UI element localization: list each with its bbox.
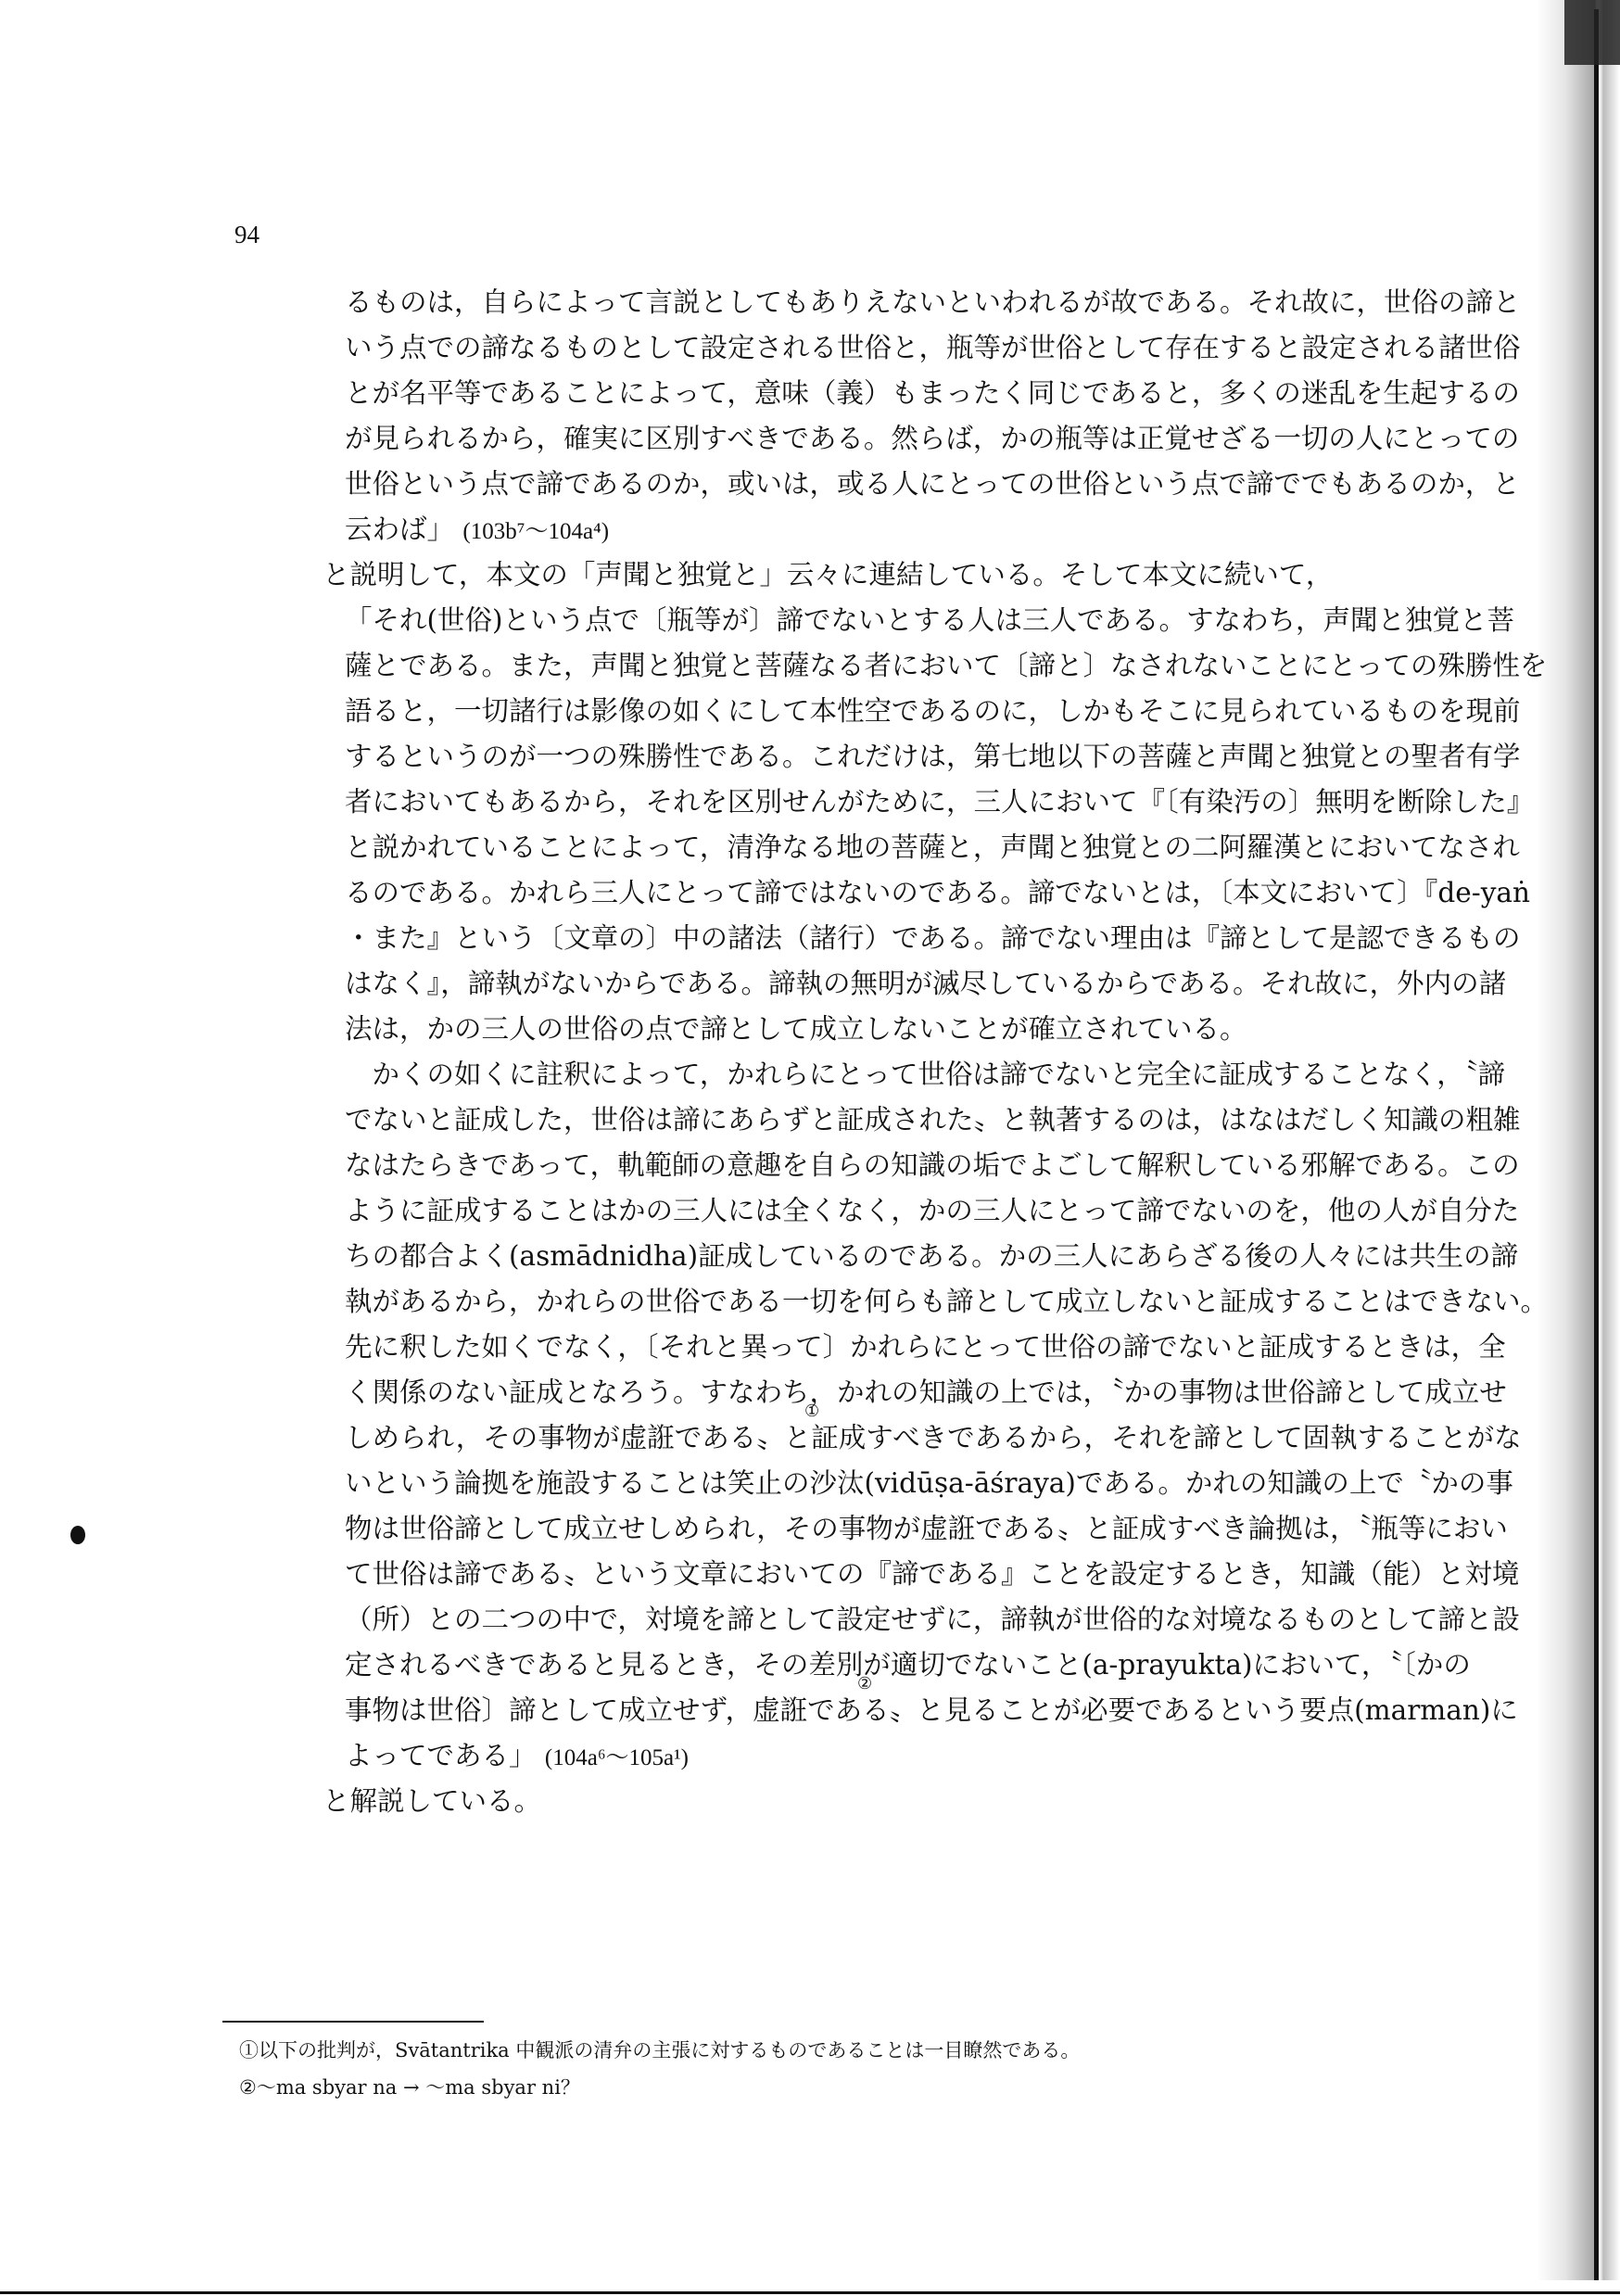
text-line: なはたらきであって，軌範師の意趣を自らの知識の垢でよごして解釈している邪解である… xyxy=(345,1147,1444,1192)
text-line: 定されるべきであると見るとき，その差別が適切でないこと(a-prayukta)に… xyxy=(345,1646,1444,1692)
quote-end: 云わば」 xyxy=(345,514,454,545)
text-line: いという論拠を施設することは笑止の沙汰(vidūṣa-āśraya)である。かれ… xyxy=(345,1465,1444,1510)
text-line: ちの都合よく(asmādnidha)証成しているのである。かの三人にあらざる後の… xyxy=(345,1237,1444,1283)
citation: (103b⁷～104a⁴) xyxy=(462,519,609,544)
text-line: るものは，自らによって言説としてもありえないといわれるが故である。それ故に，世俗… xyxy=(345,284,1444,329)
text-line: しめられ，その事物が虚誑である〟と証成すべきであるから，それを諦として固執するこ… xyxy=(345,1419,1444,1465)
text-line: かくの如くに註釈によって，かれらにとって世俗は諦でないと完全に証成することなく，… xyxy=(345,1056,1444,1101)
text-line: するというのが一つの殊勝性である。これだけは，第七地以下の菩薩と声聞と独覚との聖… xyxy=(345,738,1444,783)
text-line: 先に釈した如くでなく，〔それと異って〕かれらにとって世俗の諦でないと証成するとき… xyxy=(345,1328,1444,1374)
text-line: 者においてもあるから，それを区別せんがために，三人において『〔有染汚の〕無明を断… xyxy=(345,783,1444,829)
note-mark-1: ① xyxy=(804,1402,819,1421)
text-line: 薩とである。また，声聞と独覚と菩薩なる者において〔諦と〕なされないことにとっての… xyxy=(345,647,1444,692)
text-line: く関係のない証成となろう。すなわち，かれの知識の上では，〝かの事物は世俗諦として… xyxy=(345,1374,1444,1419)
citation: (104a⁶～105a¹) xyxy=(545,1745,689,1770)
text-line: 執があるから，かれらの世俗である一切を何らも諦として成立しないと証成することはで… xyxy=(345,1283,1444,1328)
text-line: 事物は世俗〕諦として成立せず，虚誑である〟と見ることが必要であるという要点(ma… xyxy=(345,1692,1444,1737)
footnote-2: ②～ma sbyar na → ～ma sbyar ni？ xyxy=(239,2073,580,2100)
text-line: よってである」 (104a⁶～105a¹) xyxy=(345,1737,1444,1782)
text-line: が見られるから，確実に区別すべきである。然らば，かの瓶等は正覚せざる一切の人にと… xyxy=(345,420,1444,465)
text-line: て世俗は諦である〟という文章においての『諦である』ことを設定するとき，知識（能）… xyxy=(345,1555,1444,1601)
text-line: いう点での諦なるものとして設定される世俗と，瓶等が世俗として存在すると設定される… xyxy=(345,329,1444,374)
text-line: 語ると，一切諸行は影像の如くにして本性空であるのに，しかもそこに見られているもの… xyxy=(345,692,1444,738)
footnote-divider xyxy=(222,2021,484,2023)
text-line: とが名平等であることによって，意味（義）もまったく同じであると，多くの迷乱を生起… xyxy=(345,374,1444,420)
text-line: でないと証成した，世俗は諦にあらずと証成された〟と執著するのは，はなはだしく知識… xyxy=(345,1101,1444,1147)
text-line: 世俗という点で諦であるのか，或いは，或る人にとっての世俗という点で諦ででもあるの… xyxy=(345,465,1444,511)
text-line: と説明して，本文の「声聞と独覚と」云々に連結している。そして本文に続いて， xyxy=(323,556,1444,602)
page-number: 94 xyxy=(234,221,259,249)
text-line: るのである。かれら三人にとって諦ではないのである。諦でないとは，〔本文において〕… xyxy=(345,874,1444,920)
quote-end: よってである」 xyxy=(345,1740,537,1771)
text-line: と説かれていることによって，清浄なる地の菩薩と，声聞と独覚との二阿羅漢とにおいて… xyxy=(345,829,1444,874)
note-mark-2: ② xyxy=(857,1674,872,1693)
text-line: と解説している。 xyxy=(323,1782,1444,1828)
text-line: 云わば」 (103b⁷～104a⁴) xyxy=(345,511,1444,556)
text-line: 「それ(世俗)という点で〔瓶等が〕諦でないとする人は三人である。すなわち，声聞と… xyxy=(345,602,1444,647)
scan-edge-shadow xyxy=(1537,0,1620,2280)
footnote-1: ①以下の批判が，Svātantrika 中観派の清弁の主張に対するものであること… xyxy=(239,2036,1080,2063)
scan-bottom-edge xyxy=(0,2291,1620,2294)
text-line: はなく』，諦執がないからである。諦執の無明が滅尽しているからである。それ故に，外… xyxy=(345,965,1444,1010)
text-line: （所）との二つの中で，対境を諦として設定せずに，諦執が世俗的な対境なるものとして… xyxy=(345,1601,1444,1646)
text-line: ように証成することはかの三人には全くなく，かの三人にとって諦でないのを，他の人が… xyxy=(345,1192,1444,1237)
text-line: 法は，かの三人の世俗の点で諦として成立しないことが確立されている。 xyxy=(345,1010,1444,1056)
text-line: ・また』という〔文章の〕中の諸法（諸行）である。諦でない理由は『諦として是認でき… xyxy=(345,920,1444,965)
scan-blot xyxy=(70,1526,85,1544)
text-line: 物は世俗諦として成立せしめられ，その事物が虚誑である〟と証成すべき論拠は，〝瓶等… xyxy=(345,1510,1444,1555)
